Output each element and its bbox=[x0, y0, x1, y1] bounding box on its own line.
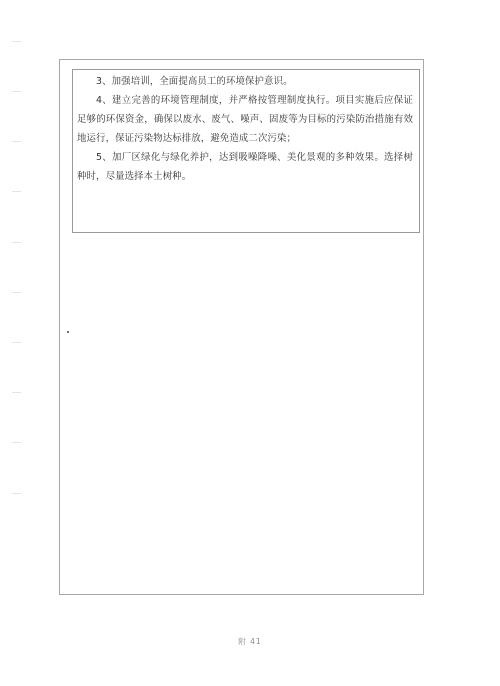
measures-text: 3、加强培训，全面提高员工的环境保护意识。 4、建立完善的环境管理制度，并严格按… bbox=[77, 72, 413, 186]
page-number: 附 41 bbox=[0, 636, 500, 647]
binding-mark bbox=[12, 41, 21, 42]
binding-mark bbox=[12, 342, 21, 343]
binding-mark bbox=[12, 141, 21, 142]
scan-speck bbox=[67, 331, 69, 333]
binding-mark bbox=[12, 493, 21, 494]
binding-mark bbox=[12, 392, 21, 393]
binding-mark bbox=[12, 91, 21, 92]
paragraph-training: 3、加强培训，全面提高员工的环境保护意识。 bbox=[77, 72, 413, 91]
binding-mark bbox=[12, 191, 21, 192]
paragraph-management-system: 4、建立完善的环境管理制度，并严格按管理制度执行。项目实施后应保证足够的环保资金… bbox=[77, 91, 413, 148]
binding-mark bbox=[12, 292, 21, 293]
paragraph-greening: 5、加厂区绿化与绿化养护，达到吸噪降噪、美化景观的多种效果。选择树种时，尽量选择… bbox=[77, 148, 413, 186]
binding-mark bbox=[12, 242, 21, 243]
binding-mark bbox=[12, 442, 21, 443]
